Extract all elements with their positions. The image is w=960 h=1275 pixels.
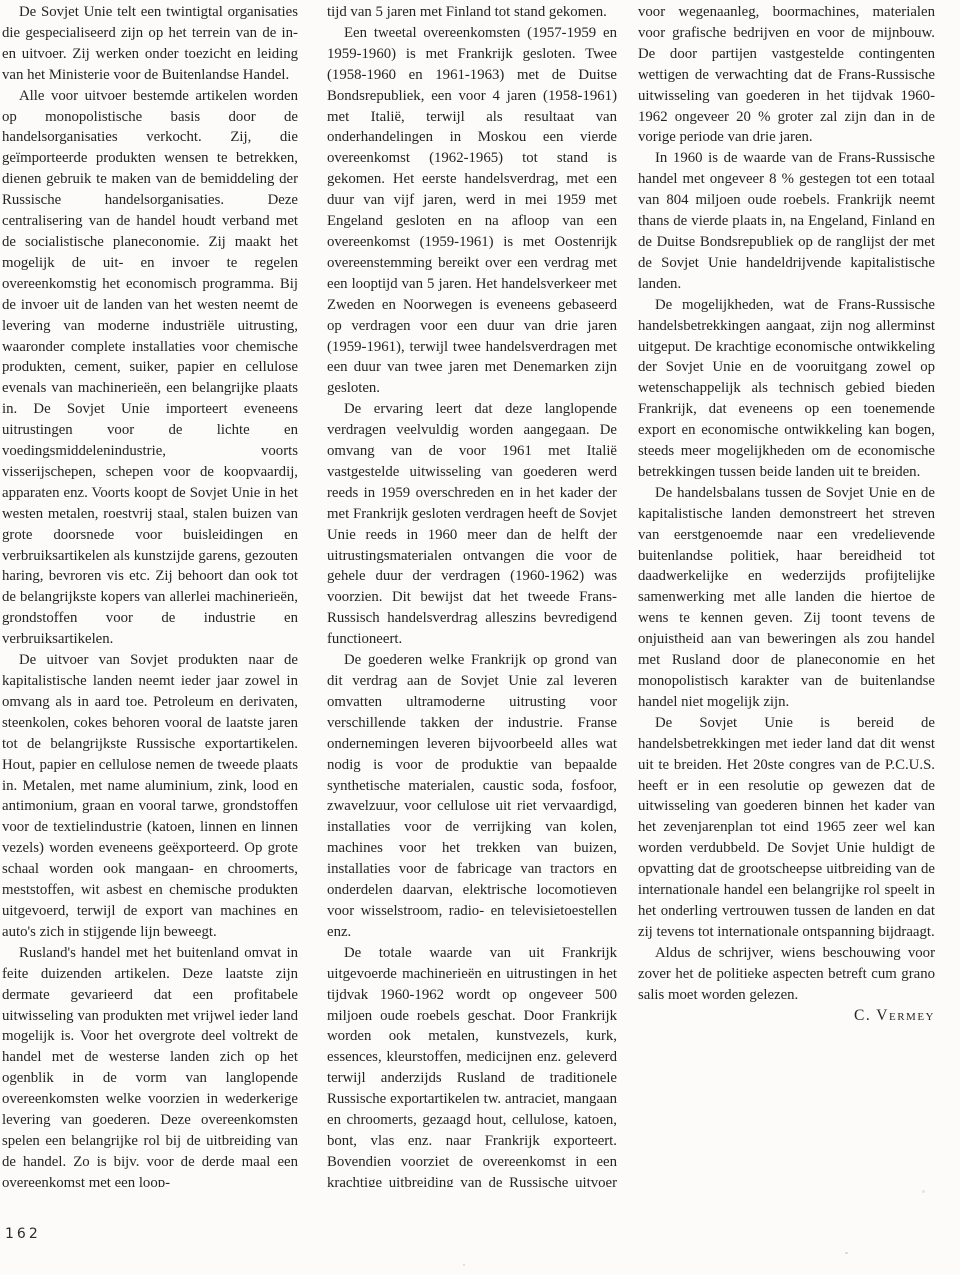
page-number: 162: [5, 1226, 41, 1242]
paragraph: Een tweetal overeenkomsten (1957-1959 en…: [327, 23, 617, 399]
text-column-3: voor wegenaanleg, boormachines, material…: [638, 2, 935, 1102]
paragraph-continuation: voor wegenaanleg, boormachines, material…: [638, 2, 935, 148]
author-signature: C. Vermey: [638, 1006, 935, 1027]
scan-artifact: [845, 1252, 848, 1254]
scan-artifact: [463, 1264, 465, 1266]
paragraph: De totale waarde van uit Frankrijk uitge…: [327, 943, 617, 1187]
text-column-2: tijd van 5 jaren met Finland tot stand g…: [327, 2, 617, 1187]
scan-artifact: [922, 1190, 925, 1193]
paragraph: De mogelijkheden, wat de Frans-Russische…: [638, 295, 935, 483]
paragraph-continuation: tijd van 5 jaren met Finland tot stand g…: [327, 2, 617, 23]
paragraph: Rusland's handel met het buitenland omva…: [2, 943, 298, 1187]
paragraph: De Sovjet Unie telt een twintigtal organ…: [2, 2, 298, 86]
text-column-1: De Sovjet Unie telt een twintigtal organ…: [2, 2, 298, 1187]
paragraph: De ervaring leert dat deze langlopende v…: [327, 399, 617, 650]
paragraph: De uitvoer van Sovjet produkten naar de …: [2, 650, 298, 943]
paragraph: De handelsbalans tussen de Sovjet Unie e…: [638, 483, 935, 713]
paragraph: De goederen welke Frankrijk op grond van…: [327, 650, 617, 943]
paragraph: Aldus de schrijver, wiens beschouwing vo…: [638, 943, 935, 1006]
scanned-page: De Sovjet Unie telt een twintigtal organ…: [0, 0, 960, 1275]
paragraph: Alle voor uitvoer bestemde artikelen wor…: [2, 86, 298, 650]
paragraph: In 1960 is de waarde van de Frans-Russis…: [638, 148, 935, 294]
paragraph: De Sovjet Unie is bereid de handelsbetre…: [638, 713, 935, 943]
